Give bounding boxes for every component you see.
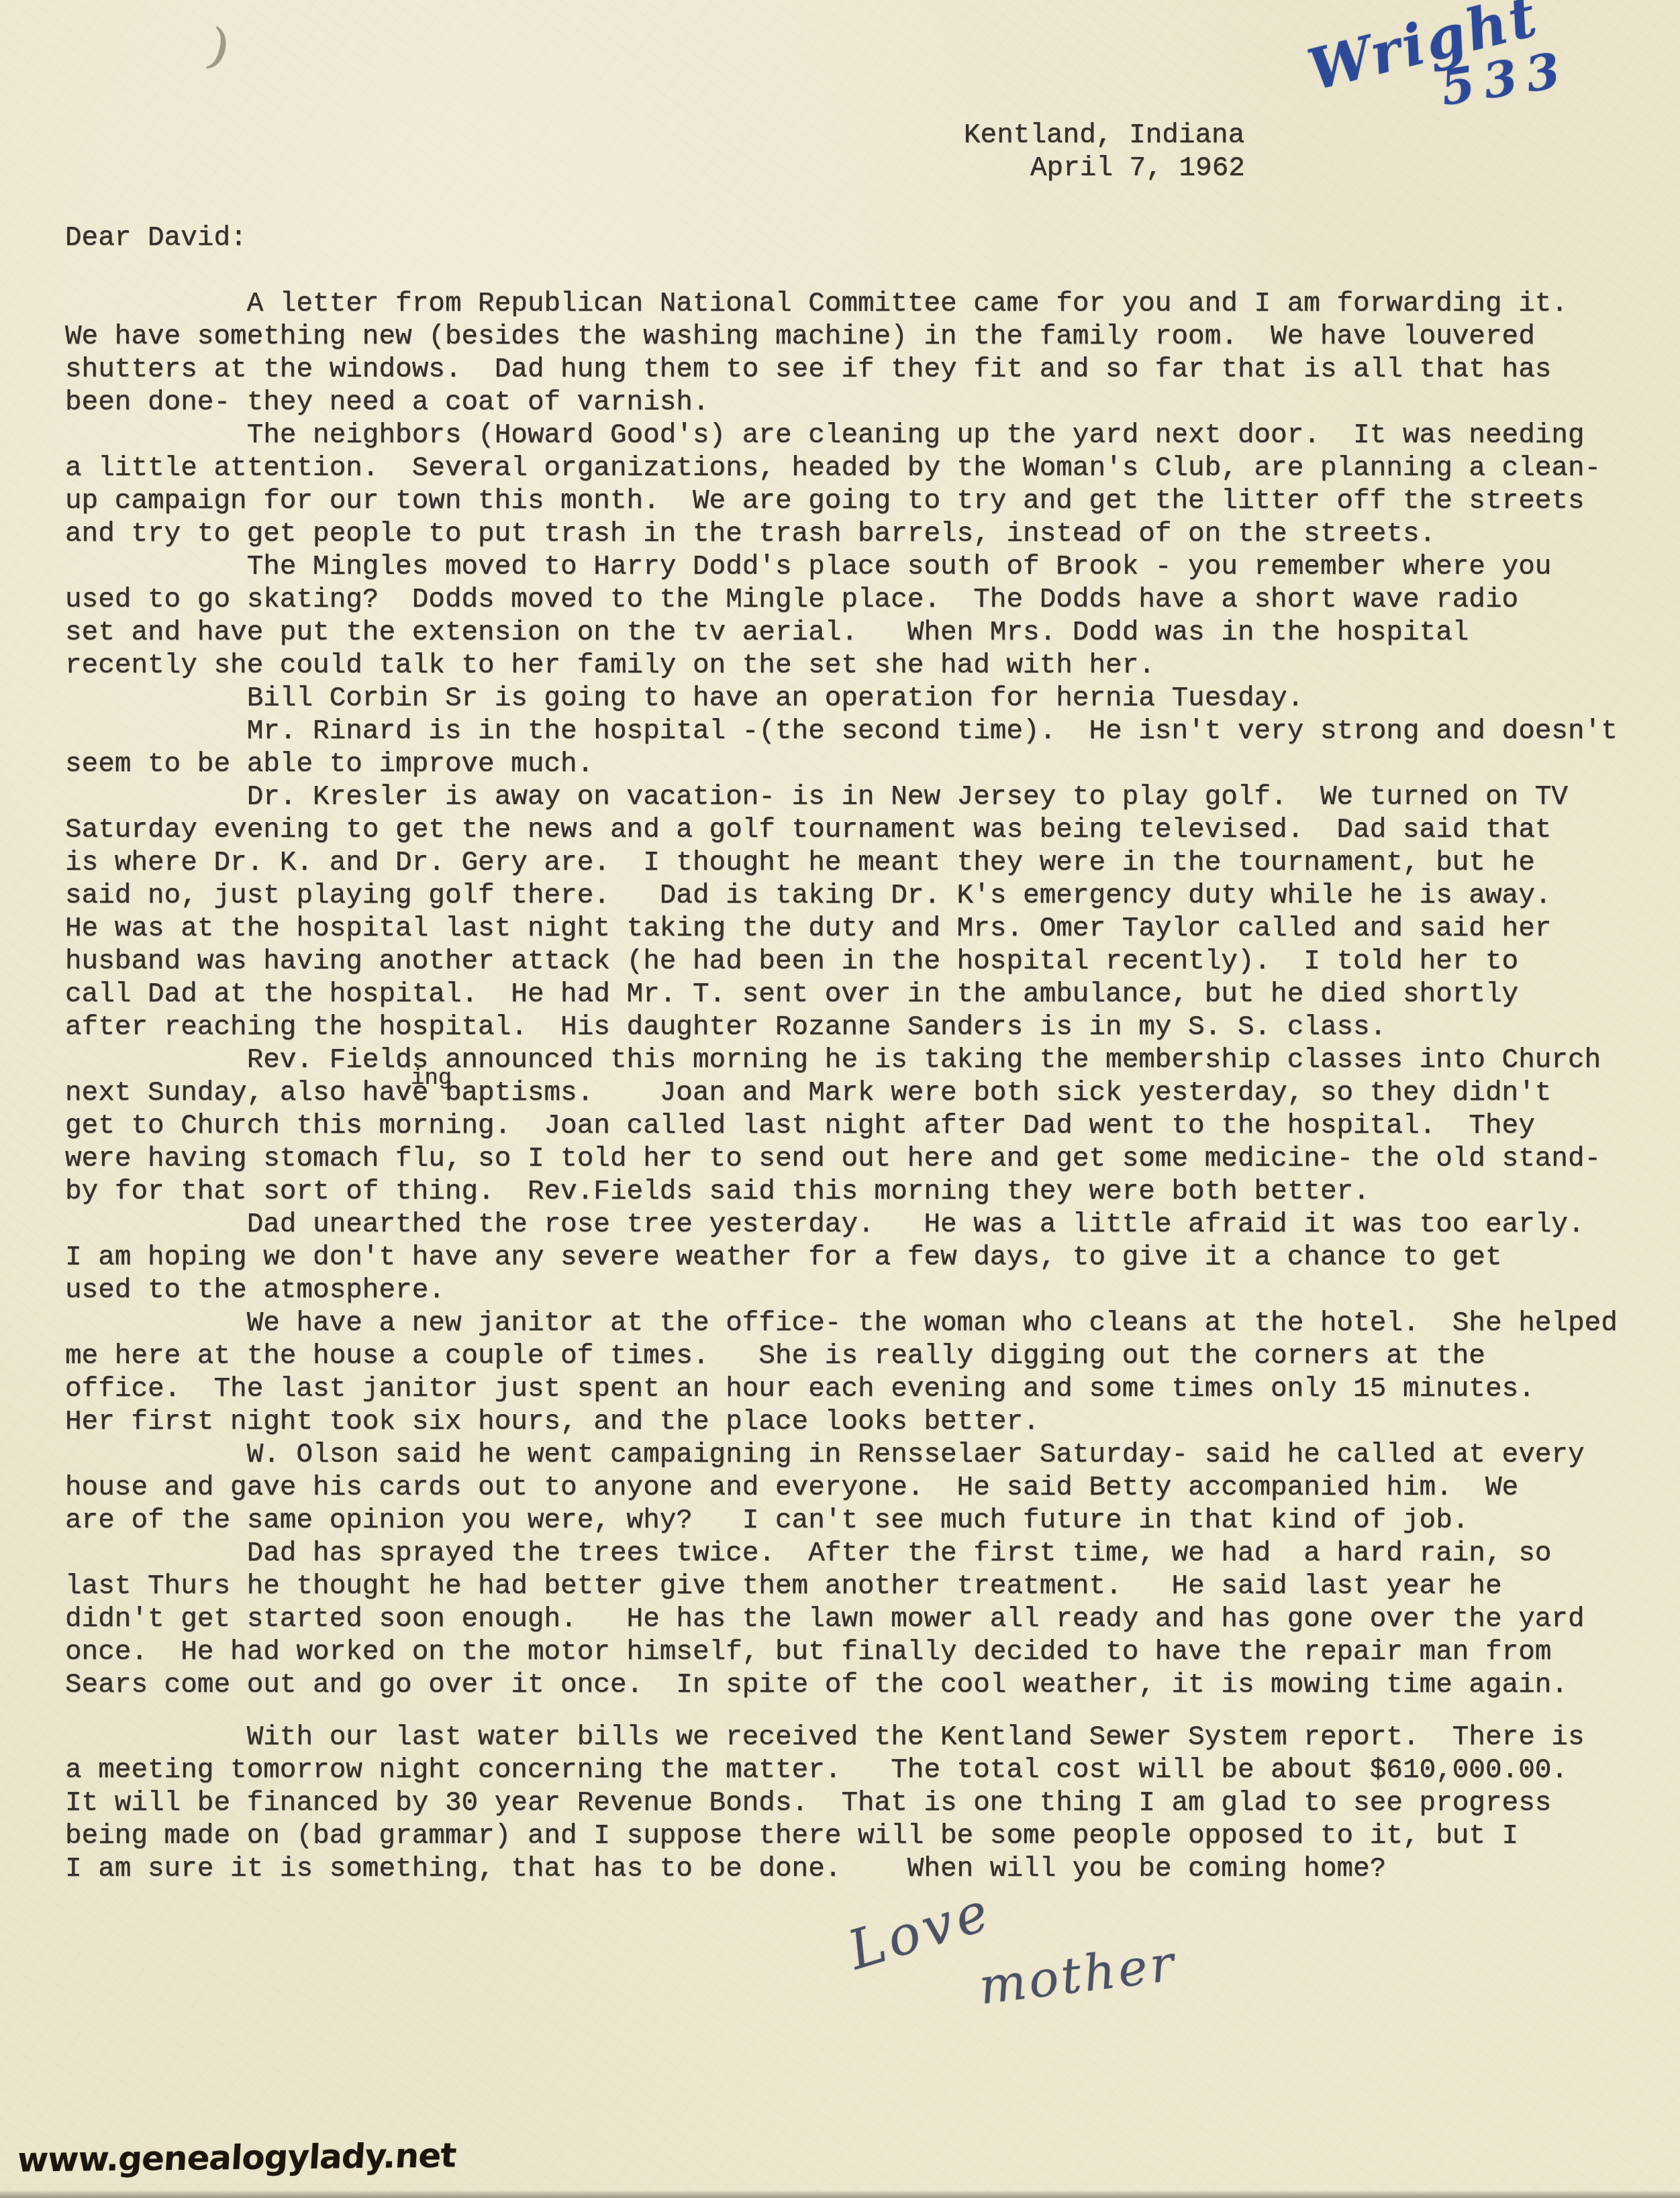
letter-line: A letter from Republican National Commit… (65, 288, 1618, 321)
letter-line: house and gave his cards out to anyone a… (65, 1472, 1618, 1505)
letter-line: after reaching the hospital. His daughte… (65, 1011, 1618, 1044)
letter-line: Bill Corbin Sr is going to have an opera… (65, 683, 1618, 715)
letter-line: used to the atmosphere. (65, 1275, 1618, 1307)
letter-line: by for that sort of thing. Rev.Fields sa… (65, 1176, 1618, 1209)
letter-line: a little attention. Several organization… (65, 452, 1618, 485)
letter-line: W. Olson said he went campaigning in Ren… (65, 1439, 1618, 1472)
letter-line: The Mingles moved to Harry Dodd's place … (65, 551, 1618, 584)
letter-line: are of the same opinion you were, why? I… (65, 1505, 1618, 1538)
letter-line: me here at the house a couple of times. … (65, 1340, 1618, 1373)
letter-line: recently she could talk to her family on… (65, 650, 1618, 683)
letter-line: call Dad at the hospital. He had Mr. T. … (65, 979, 1618, 1011)
letter-line: Her first night took six hours, and the … (65, 1406, 1618, 1439)
letter-line: He was at the hospital last night taking… (65, 913, 1618, 946)
letter-line: and try to get people to put trash in th… (65, 518, 1618, 551)
letter-line: a meeting tomorrow night concerning the … (65, 1754, 1618, 1787)
letter-line: With our last water bills we received th… (65, 1721, 1618, 1754)
letter-line: I am hoping we don't have any severe wea… (65, 1242, 1618, 1275)
letter-line: Dad has sprayed the trees twice. After t… (65, 1538, 1618, 1570)
letter-line: We have something new (besides the washi… (65, 321, 1618, 354)
letter-line: The neighbors (Howard Good's) are cleani… (65, 419, 1618, 452)
letter-line: office. The last janitor just spent an h… (65, 1373, 1618, 1406)
letter-line: I am sure it is something, that has to b… (65, 1853, 1618, 1886)
letter-line: were having stomach flu, so I told her t… (65, 1143, 1618, 1176)
letter-line: said no, just playing golf there. Dad is… (65, 880, 1618, 913)
place-line: Kentland, Indiana (964, 119, 1245, 152)
signature-love: Love (841, 1879, 999, 1982)
pencil-mark: ) (201, 17, 237, 77)
signature-mother: mother (976, 1934, 1180, 2015)
letter-line: It will be financed by 30 year Revenue B… (65, 1787, 1618, 1820)
typed-insertion-ing: ing (411, 1066, 452, 1091)
letter-line: Dr. Kresler is away on vacation- is in N… (65, 781, 1618, 814)
letter-line: once. He had worked on the motor himself… (65, 1636, 1618, 1669)
letter-line: up campaign for our town this month. We … (65, 485, 1618, 518)
letter-line: get to Church this morning. Joan called … (65, 1110, 1618, 1143)
letter-line: last Thurs he thought he had better give… (65, 1570, 1618, 1603)
letter-line: been done- they need a coat of varnish. (65, 387, 1618, 419)
letter-line: didn't get started soon enough. He has t… (65, 1603, 1618, 1636)
letter-line: seem to be able to improve much. (65, 748, 1618, 781)
letter-line: shutters at the windows. Dad hung them t… (65, 354, 1618, 387)
letter-line: Dad unearthed the rose tree yesterday. H… (65, 1209, 1618, 1242)
letter-line: husband was having another attack (he ha… (65, 946, 1618, 979)
letter-line: is where Dr. K. and Dr. Gery are. I thou… (65, 847, 1618, 880)
scanned-letter-page: ) Wright 533 Kentland, Indiana April 7, … (0, 0, 1680, 2198)
letter-line: being made on (bad grammar) and I suppos… (65, 1820, 1618, 1853)
date-line: April 7, 1962 (1030, 152, 1245, 185)
watermark-text: www.genealogylady.net (16, 2136, 457, 2180)
letter-body: A letter from Republican National Commit… (65, 288, 1618, 1886)
letter-header: Kentland, Indiana April 7, 1962 (964, 119, 1245, 185)
salutation: Dear David: (65, 222, 247, 255)
letter-line: Sears come out and go over it once. In s… (65, 1669, 1618, 1702)
letter-line: We have a new janitor at the office- the… (65, 1307, 1618, 1340)
letter-line: next Sunday, also have baptisms. Joan an… (65, 1077, 1618, 1110)
letter-line: Mr. Rinard is in the hospital -(the seco… (65, 715, 1618, 748)
letter-line: set and have put the extension on the tv… (65, 617, 1618, 650)
letter-line: Rev. Fields announced this morning he is… (65, 1044, 1618, 1077)
scan-edge (0, 2190, 1680, 2198)
letter-line: Saturday evening to get the news and a g… (65, 814, 1618, 847)
letter-line: used to go skating? Dodds moved to the M… (65, 584, 1618, 617)
